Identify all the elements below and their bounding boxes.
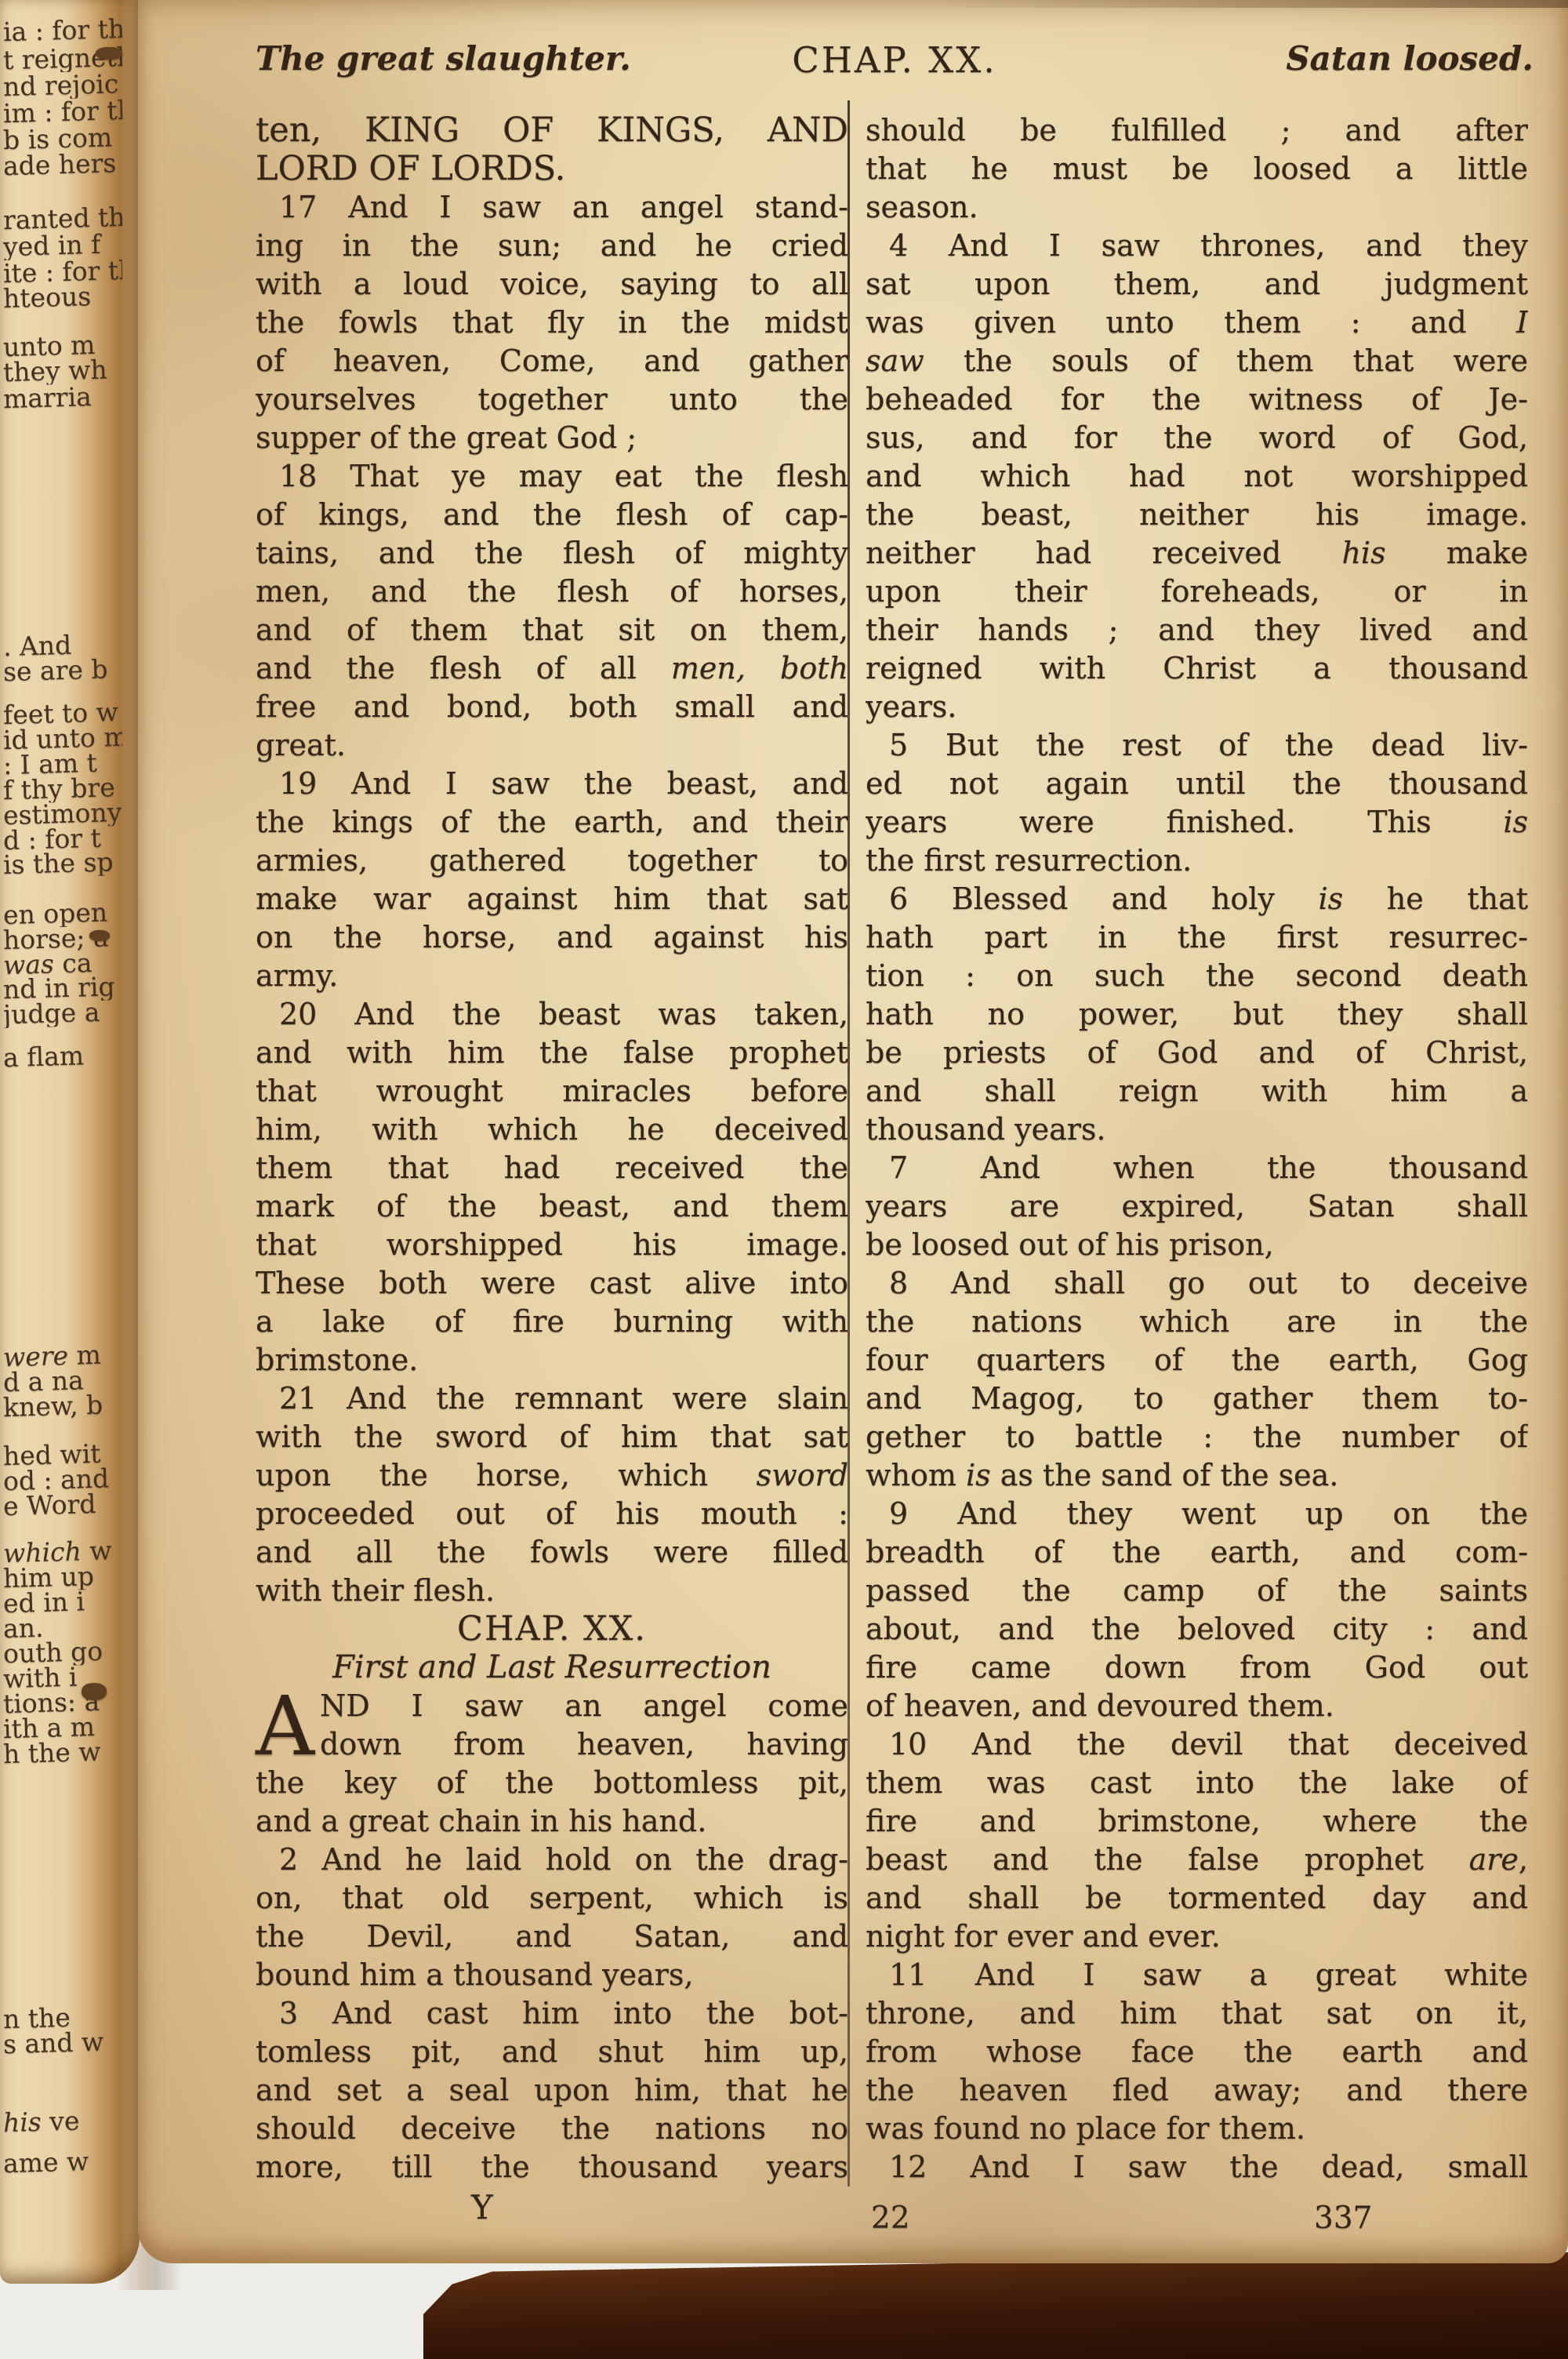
left-column-lines: ten, KING OF KINGS, ANDLORD OF LORDS.17 … [256, 111, 848, 2186]
text-line: with the sword of him that sat [256, 1418, 848, 1456]
scanned-bible-page-photo: ia : for tht reignethnd rejoicim : for t… [0, 0, 1568, 2359]
text-line: four quarters of the earth, Gog [866, 1341, 1528, 1379]
text-line: 7 And when the thousand [866, 1149, 1528, 1187]
text-line: 6 Blessed and holy is he that [866, 880, 1528, 918]
text-line: throne, and him that sat on it, [866, 1994, 1528, 2033]
text-line: season. [866, 188, 1528, 227]
text-line: proceeded out of his mouth : [256, 1495, 848, 1533]
signature-mark: Y [471, 2188, 493, 2226]
text-line: should deceive the nations no [256, 2110, 848, 2148]
text-line: and a great chain in his hand. [256, 1802, 848, 1841]
text-line: of heaven, Come, and gather [256, 342, 848, 380]
text-line: 8 And shall go out to deceive [866, 1264, 1528, 1303]
text-line: night for ever and ever. [866, 1917, 1528, 1956]
text-line: upon their foreheads, or in [866, 572, 1528, 611]
text-line: saw the souls of them that were [866, 342, 1528, 380]
edge-fragment: is the sp [3, 849, 123, 878]
edge-fragment: a flam [3, 1041, 123, 1071]
running-header: The great slaughter. CHAP. XX. Satan loo… [256, 39, 1534, 94]
text-line: 20 And the beast was taken, [256, 995, 848, 1034]
text-line: 10 And the devil that deceived [866, 1725, 1528, 1764]
text-line: and of them that sit on them, [256, 611, 848, 649]
text-line: 12 And I saw the dead, small [866, 2148, 1528, 2186]
text-line: should be fulfilled ; and after [866, 111, 1528, 150]
text-line: make war against him that sat [256, 880, 848, 918]
text-line: the first resurrection. [866, 841, 1528, 880]
text-line: from whose face the earth and [866, 2033, 1528, 2071]
text-line: armies, gathered together to [256, 841, 848, 880]
text-line: 11 And I saw a great white [866, 1956, 1528, 1994]
left-text-column: ten, KING OF KINGS, ANDLORD OF LORDS.17 … [256, 111, 848, 2186]
text-line: 17 And I saw an angel stand- [256, 188, 848, 227]
text-line: was given unto them : and I [866, 304, 1528, 342]
text-line: These both were cast alive into [256, 1264, 848, 1303]
text-line: 21 And the remnant were slain [256, 1379, 848, 1418]
text-line: fire and brimstone, where the [866, 1802, 1528, 1841]
edge-fragment: they wh [3, 356, 123, 386]
text-line: reigned with Christ a thousand [866, 649, 1528, 688]
edge-fragment: marria [3, 383, 123, 413]
edge-fragment: nd rejoic [3, 71, 123, 100]
text-line: them was cast into the lake of [866, 1764, 1528, 1802]
text-line: ND I saw an angel come [256, 1687, 848, 1725]
text-line: a lake of fire burning with [256, 1303, 848, 1341]
text-line: upon the horse, which sword [256, 1456, 848, 1495]
text-line: sat upon them, and judgment [866, 265, 1528, 304]
edge-fragment: yed in f [3, 231, 123, 260]
edge-fragment: s and w [3, 2028, 123, 2058]
text-line: tomless pit, and shut him up, [256, 2033, 848, 2071]
edge-fragment: ade hers [3, 150, 123, 180]
text-line: hath part in the first resurrec- [866, 918, 1528, 957]
text-line: 18 That ye may eat the flesh [256, 457, 848, 496]
text-line: the key of the bottomless pit, [256, 1764, 848, 1802]
text-line: and all the fowls were filled [256, 1533, 848, 1572]
text-line: 4 And I saw thrones, and they [866, 227, 1528, 265]
text-line: and which had not worshipped [866, 457, 1528, 496]
edge-fragment: knew, b [3, 1391, 123, 1421]
text-line: down from heaven, having [256, 1725, 848, 1764]
gathering-number: 22 [871, 2201, 910, 2236]
text-line: 19 And I saw the beast, and [256, 765, 848, 803]
text-line: on, that old serpent, which is [256, 1879, 848, 1917]
edge-fragment: ame w [3, 2147, 123, 2177]
text-line: ten, KING OF KINGS, AND [256, 111, 848, 150]
text-line: 2 And he laid hold on the drag- [256, 1841, 848, 1879]
text-line: him, with which he deceived [256, 1110, 848, 1149]
text-line: LORD OF LORDS. [256, 150, 848, 188]
text-line: that wrought miracles before [256, 1072, 848, 1110]
text-line: and the flesh of all men, both [256, 649, 848, 688]
text-line: free and bond, both small and [256, 688, 848, 726]
right-text-column: should be fulfilled ; and afterthat he m… [866, 111, 1528, 2186]
text-line: 5 But the rest of the dead liv- [866, 726, 1528, 765]
page-top-edge-shadow [922, 0, 1568, 8]
edge-fragment: judge a [3, 998, 123, 1028]
text-line: be loosed out of his prison, [866, 1226, 1528, 1264]
edge-fragment: ranted th [3, 204, 123, 234]
text-line: about, and the beloved city : and [866, 1610, 1528, 1648]
text-line: fire came down from God out [866, 1648, 1528, 1687]
text-line: of kings, and the flesh of cap- [256, 496, 848, 534]
edge-fragment: hteous [3, 282, 123, 312]
dropcap-letter: A [256, 1689, 314, 1763]
text-line: was found no place for them. [866, 2110, 1528, 2148]
text-line: yourselves together unto the [256, 380, 848, 419]
text-line: sus, and for the word of God, [866, 419, 1528, 457]
text-line: the Devil, and Satan, and [256, 1917, 848, 1956]
edge-fragment: e Word [3, 1490, 123, 1520]
text-line: ing in the sun; and he cried [256, 227, 848, 265]
text-line: the nations which are in the [866, 1303, 1528, 1341]
running-title-right: Satan loosed. [1286, 39, 1534, 78]
text-line: First and Last Resurrection [256, 1648, 848, 1687]
text-line: great. [256, 726, 848, 765]
text-line: 3 And cast him into the bot- [256, 1994, 848, 2033]
text-line: passed the camp of the saints [866, 1572, 1528, 1610]
text-line: men, and the flesh of horses, [256, 572, 848, 611]
text-line: with their flesh. [256, 1572, 848, 1610]
right-column-lines: should be fulfilled ; and afterthat he m… [866, 111, 1528, 2186]
text-line: 9 And they went up on the [866, 1495, 1528, 1533]
text-line: with a loud voice, saying to all [256, 265, 848, 304]
text-line: be priests of God and of Christ, [866, 1034, 1528, 1072]
text-line: gether to battle : the number of [866, 1418, 1528, 1456]
text-line: and shall be tormented day and [866, 1879, 1528, 1917]
text-line: of heaven, and devoured them. [866, 1687, 1528, 1725]
page-number: 337 [1314, 2201, 1372, 2236]
text-line: army. [256, 957, 848, 995]
text-line: the kings of the earth, and their [256, 803, 848, 841]
text-line: and Magog, to gather them to- [866, 1379, 1528, 1418]
edge-fragment: se are b [3, 656, 123, 685]
bible-page: The great slaughter. CHAP. XX. Satan loo… [138, 0, 1568, 2263]
text-line: that he must be loosed a little [866, 150, 1528, 188]
text-line: the heaven fled away; and there [866, 2071, 1528, 2110]
text-line: beast and the false prophet are, [866, 1841, 1528, 1879]
edge-fragment: b is com [3, 124, 123, 154]
text-line: CHAP. XX. [256, 1610, 848, 1648]
edge-fragment: h the w [3, 1738, 123, 1768]
text-line: and with him the false prophet [256, 1034, 848, 1072]
text-line: tains, and the flesh of mighty [256, 534, 848, 572]
text-line: ed not again until the thousand [866, 765, 1528, 803]
text-line: their hands ; and they lived and [866, 611, 1528, 649]
text-line: hath no power, but they shall [866, 995, 1528, 1034]
text-line: the fowls that fly in the midst [256, 304, 848, 342]
text-line: thousand years. [866, 1110, 1528, 1149]
text-line: and set a seal upon him, that he [256, 2071, 848, 2110]
text-line: beheaded for the witness of Je- [866, 380, 1528, 419]
text-line: brimstone. [256, 1341, 848, 1379]
binding-stitch [89, 930, 110, 941]
binding-stitch-knot [82, 1683, 107, 1700]
text-line: years were finished. This is [866, 803, 1528, 841]
edge-fragment: ia : for th [3, 16, 123, 45]
text-line: and shall reign with him a [866, 1072, 1528, 1110]
text-line: the beast, neither his image. [866, 496, 1528, 534]
edge-fragment: im : for th [3, 97, 123, 127]
text-line: more, till the thousand years [256, 2148, 848, 2186]
leather-binding-edge [423, 2252, 1568, 2359]
text-line: mark of the beast, and them [256, 1187, 848, 1226]
text-line: supper of the great God ; [256, 419, 848, 457]
text-line: whom is as the sand of the sea. [866, 1456, 1528, 1495]
edge-fragment: his ve [3, 2106, 123, 2136]
text-line: tion : on such the second death [866, 957, 1528, 995]
text-line: on the horse, and against his [256, 918, 848, 957]
text-line: them that had received the [256, 1149, 848, 1187]
text-line: years. [866, 688, 1528, 726]
text-line: breadth of the earth, and com- [866, 1533, 1528, 1572]
text-line: neither had received his make [866, 534, 1528, 572]
text-line: years are expired, Satan shall [866, 1187, 1528, 1226]
text-line: bound him a thousand years, [256, 1956, 848, 1994]
text-line: that worshipped his image. [256, 1226, 848, 1264]
